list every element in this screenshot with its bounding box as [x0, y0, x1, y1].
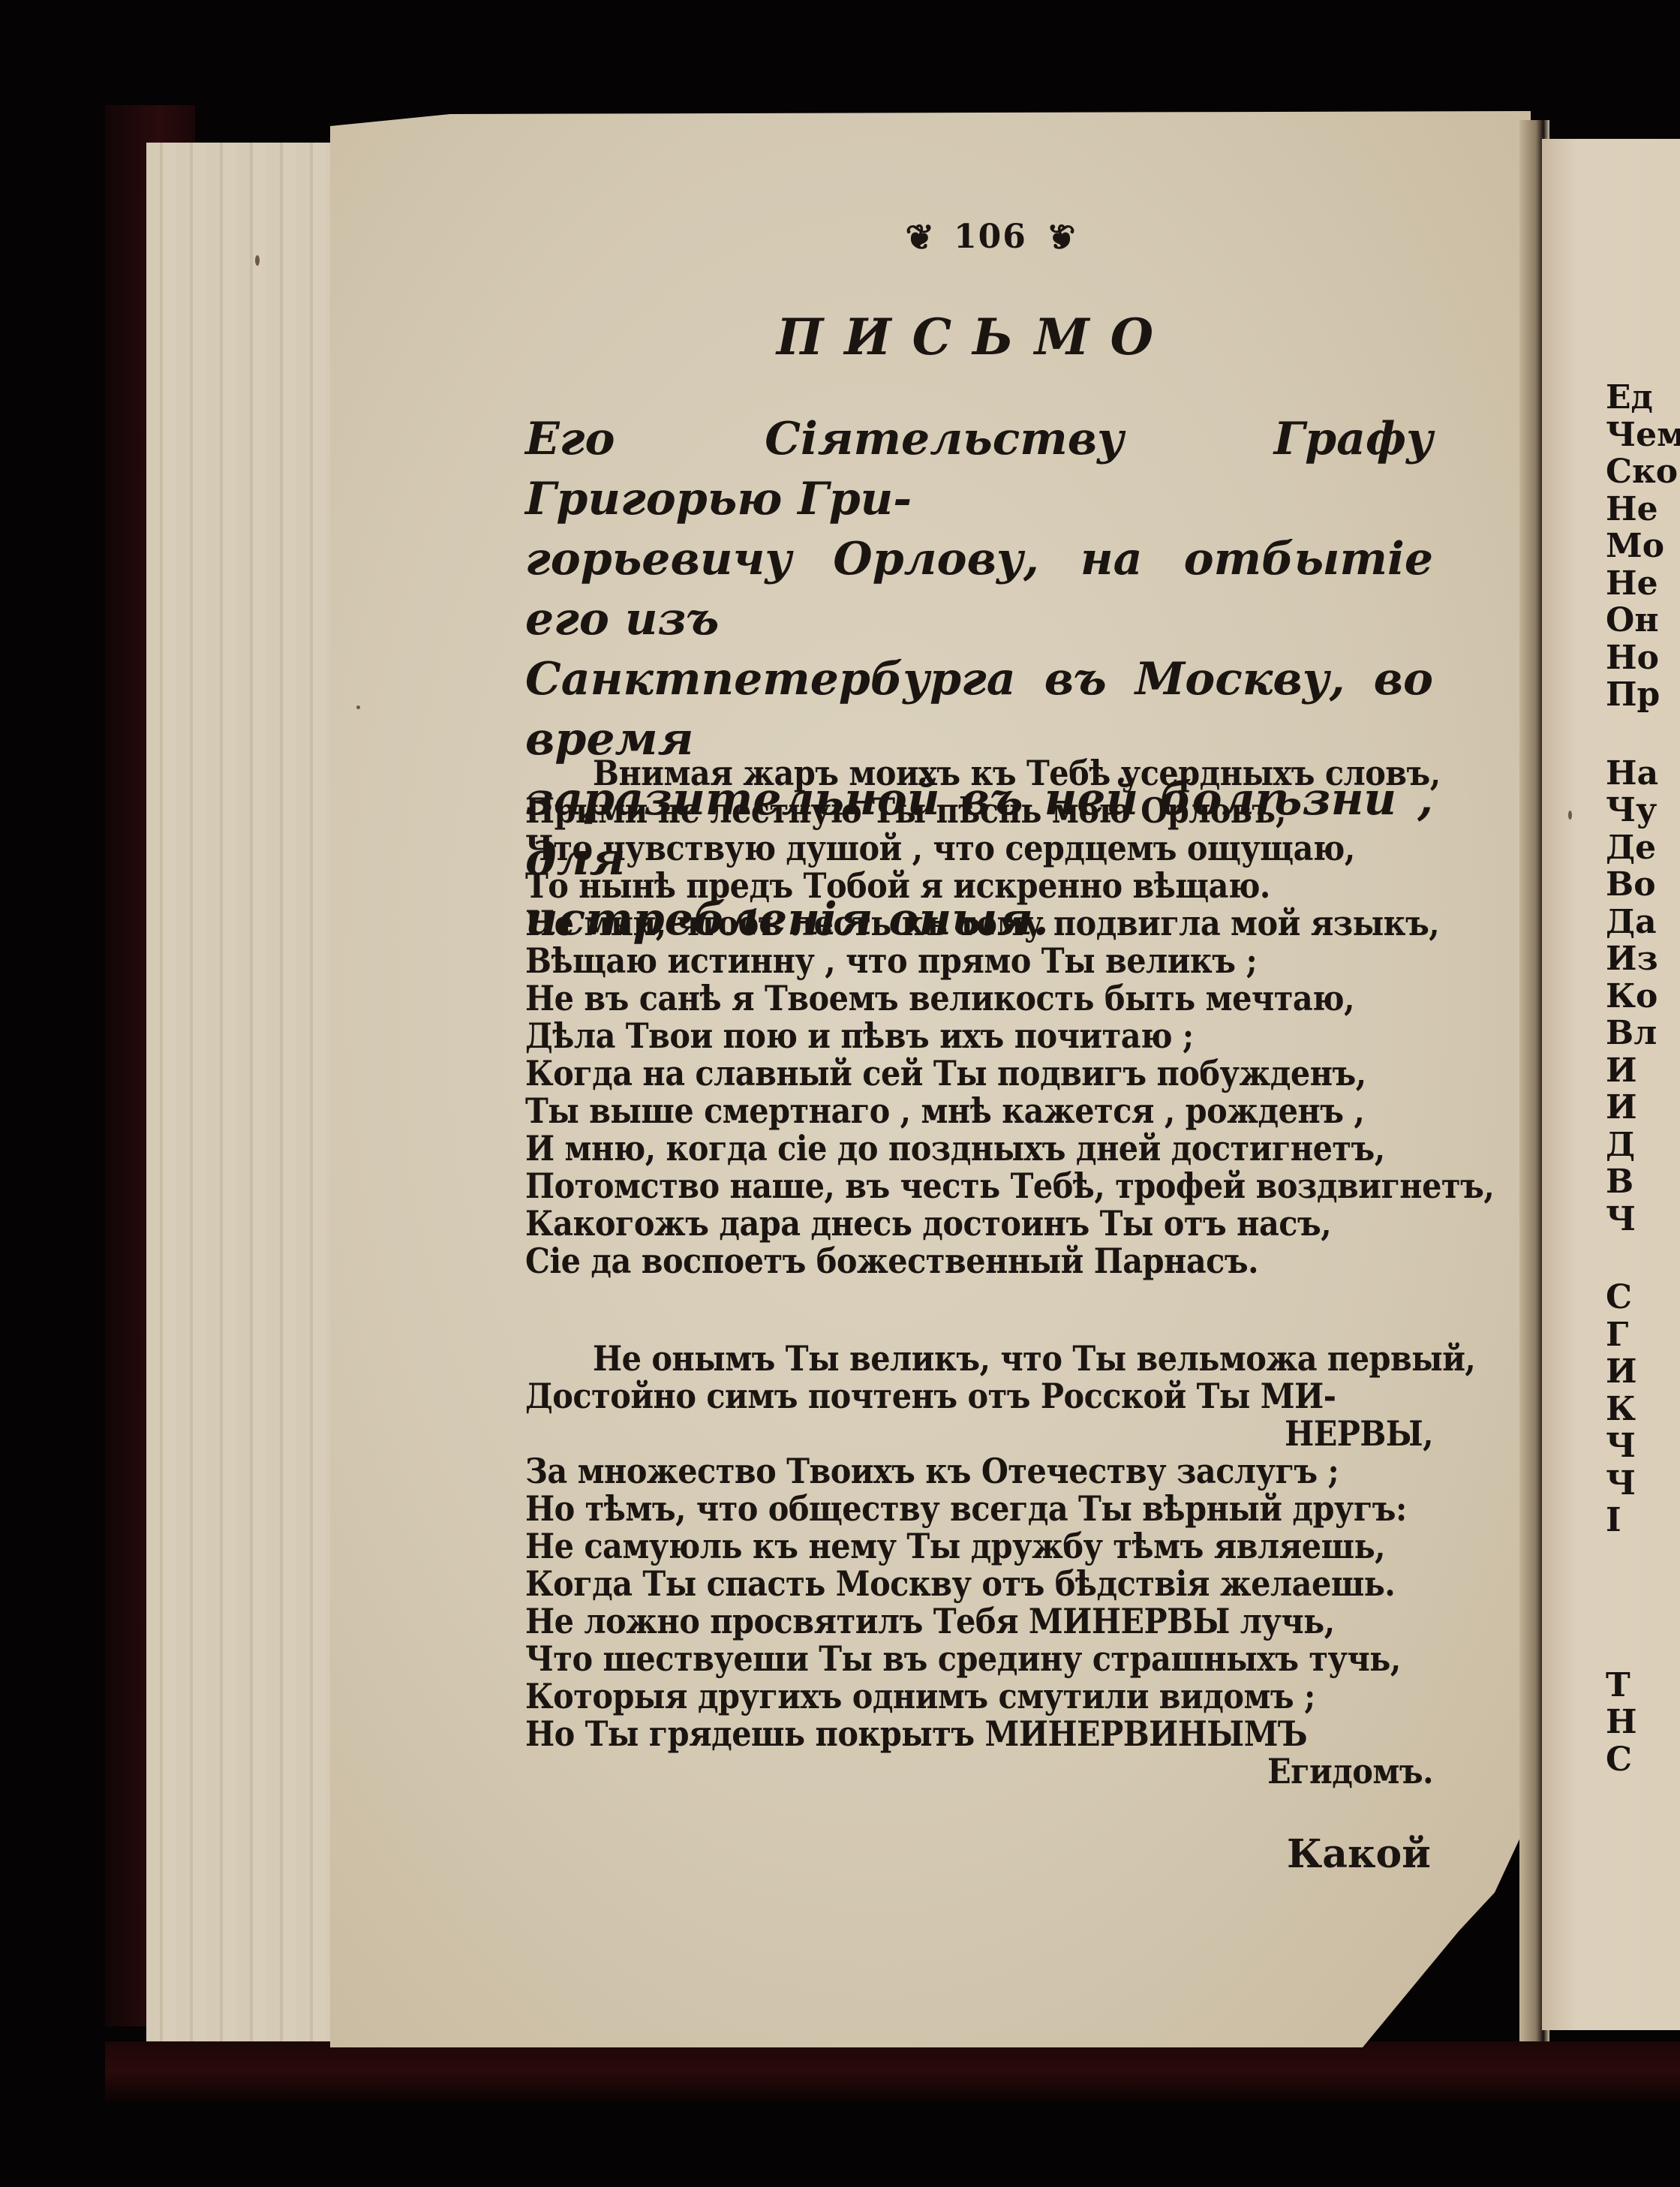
verse-line: Когда на славный сей Ты подвигъ побужден… — [525, 1054, 1448, 1092]
verse-line: Дѣла Твои пою и пѣвъ ихъ почитаю ; — [525, 1017, 1448, 1054]
verse-line: Внимая жаръ моихъ къ Тебѣ усердныхъ слов… — [525, 754, 1448, 792]
fragment: Т — [1606, 1667, 1680, 1704]
fragment: На — [1606, 755, 1680, 793]
verse-line: Которыя другихъ однимъ смутили видомъ ; — [525, 1677, 1448, 1715]
fragment: И — [1606, 1052, 1680, 1090]
fragment: Ед — [1606, 379, 1680, 417]
verse-line: Что чувствую душой , что сердцемъ ощущаю… — [525, 829, 1448, 867]
fragment: Чу — [1606, 792, 1680, 829]
facing-page-text-fragments: Ед Чем Ско Не Мо Не Он Но Пр На Чу Де Во… — [1606, 379, 1680, 1778]
fragment: Г — [1606, 1316, 1680, 1354]
verse-line: Не самуюль къ нему Ты дружбу тѣмъ являеш… — [525, 1527, 1448, 1565]
paper-stain — [356, 705, 360, 709]
fragment: К — [1606, 1391, 1680, 1428]
dedication-line: Санктпетербурга въ Москву, во время — [525, 649, 1433, 769]
verse-line: Но тѣмъ, что обществу всегда Ты вѣрный д… — [525, 1490, 1448, 1527]
verse-line: Но Ты грядешь покрытъ МИНЕРВИНЫМЪ — [525, 1715, 1448, 1752]
verse-line: Прими не лестную Ты пѣснь мою Орловъ; — [525, 792, 1448, 829]
verse-line-runover: НЕРВЫ, — [525, 1415, 1448, 1452]
page-title: ПИСЬМО — [675, 308, 1276, 366]
fragment: С — [1606, 1279, 1680, 1316]
fragment: Чем — [1606, 417, 1680, 454]
verse-line: Потомство наше, въ честь Тебѣ, трофей во… — [525, 1167, 1448, 1205]
verse-line: Когда Ты спасть Москву отъ бѣдствiя жела… — [525, 1565, 1448, 1602]
fragment: И — [1606, 1353, 1680, 1391]
verse-line: То нынѣ предъ Тобой я искренно вѣщаю. — [525, 867, 1448, 904]
fragment: И — [1606, 1089, 1680, 1127]
fragment: Не — [1606, 491, 1680, 528]
verse-line: Не мни, чтобъ лесть къ тому подвигла мой… — [525, 904, 1448, 942]
verse-line: Не онымъ Ты великъ, что Ты вельможа перв… — [525, 1340, 1448, 1377]
fragment: Пр — [1606, 676, 1680, 714]
fragment: С — [1606, 1741, 1680, 1779]
verse-line: Ты выше смертнаго , мнѣ кажется , рожден… — [525, 1092, 1448, 1130]
page-header: ❦ 106 ❦ — [870, 218, 1110, 256]
verse-line: Какогожъ дара днесь достоинъ Ты отъ насъ… — [525, 1205, 1448, 1242]
dedication-line: Его Сiятельству Графу Григорью Гри- — [525, 409, 1433, 529]
paper-stain — [1568, 811, 1572, 820]
fragment: Да — [1606, 904, 1680, 941]
fragment: Ч — [1606, 1427, 1680, 1465]
verse-line: Не въ санѣ я Твоемъ великость быть мечта… — [525, 979, 1448, 1017]
fleuron-ornament-icon: ❦ — [1045, 220, 1076, 254]
book-cover-bottom-edge — [105, 2041, 1680, 2101]
verse-line: За множество Твоихъ къ Отечеству заслугъ… — [525, 1452, 1448, 1490]
verse-line: Не ложно просвятилъ Тебя МИНЕРВЫ лучь, — [525, 1602, 1448, 1640]
fragment: Ко — [1606, 978, 1680, 1015]
fragment: Из — [1606, 940, 1680, 978]
fleuron-ornament-icon: ❦ — [906, 220, 936, 254]
verse-line: Что шествуеши Ты въ средину страшныхъ ту… — [525, 1640, 1448, 1677]
fragment: І — [1606, 1502, 1680, 1539]
verse-line: И мню, когда сiе до поздныхъ дней достиг… — [525, 1130, 1448, 1167]
fragment: Де — [1606, 829, 1680, 867]
poem-stanza-1: Внимая жаръ моихъ къ Тебѣ усердныхъ слов… — [525, 754, 1448, 1280]
paper-stain — [255, 255, 260, 266]
fragment: Во — [1606, 866, 1680, 904]
fragment: Вл — [1606, 1015, 1680, 1052]
verse-line: Вѣщаю истинну , что прямо Ты великъ ; — [525, 942, 1448, 979]
fragment: В — [1606, 1163, 1680, 1201]
fragment: Ско — [1606, 453, 1680, 491]
verse-line-runover: Егидомъ. — [525, 1752, 1448, 1790]
fragment: Н — [1606, 1704, 1680, 1741]
page-number: 106 — [954, 218, 1027, 256]
fragment: Но — [1606, 639, 1680, 677]
fragment: Ч — [1606, 1465, 1680, 1503]
catchword: Какой — [1287, 1831, 1431, 1877]
page-stack-edge — [146, 143, 343, 2041]
verse-line: Достойно симъ почтенъ отъ Росской Ты МИ- — [525, 1377, 1448, 1415]
fragment: Не — [1606, 565, 1680, 603]
poem-stanza-2: Не онымъ Ты великъ, что Ты вельможа перв… — [525, 1340, 1448, 1790]
fragment: Д — [1606, 1127, 1680, 1164]
fragment: Мо — [1606, 528, 1680, 565]
verse-line: Сiе да воспоетъ божественный Парнасъ. — [525, 1242, 1448, 1280]
fragment: Он — [1606, 602, 1680, 639]
dedication-line: горьевичу Орлову, на отбытiе его изъ — [525, 529, 1433, 649]
fragment: Ч — [1606, 1201, 1680, 1238]
